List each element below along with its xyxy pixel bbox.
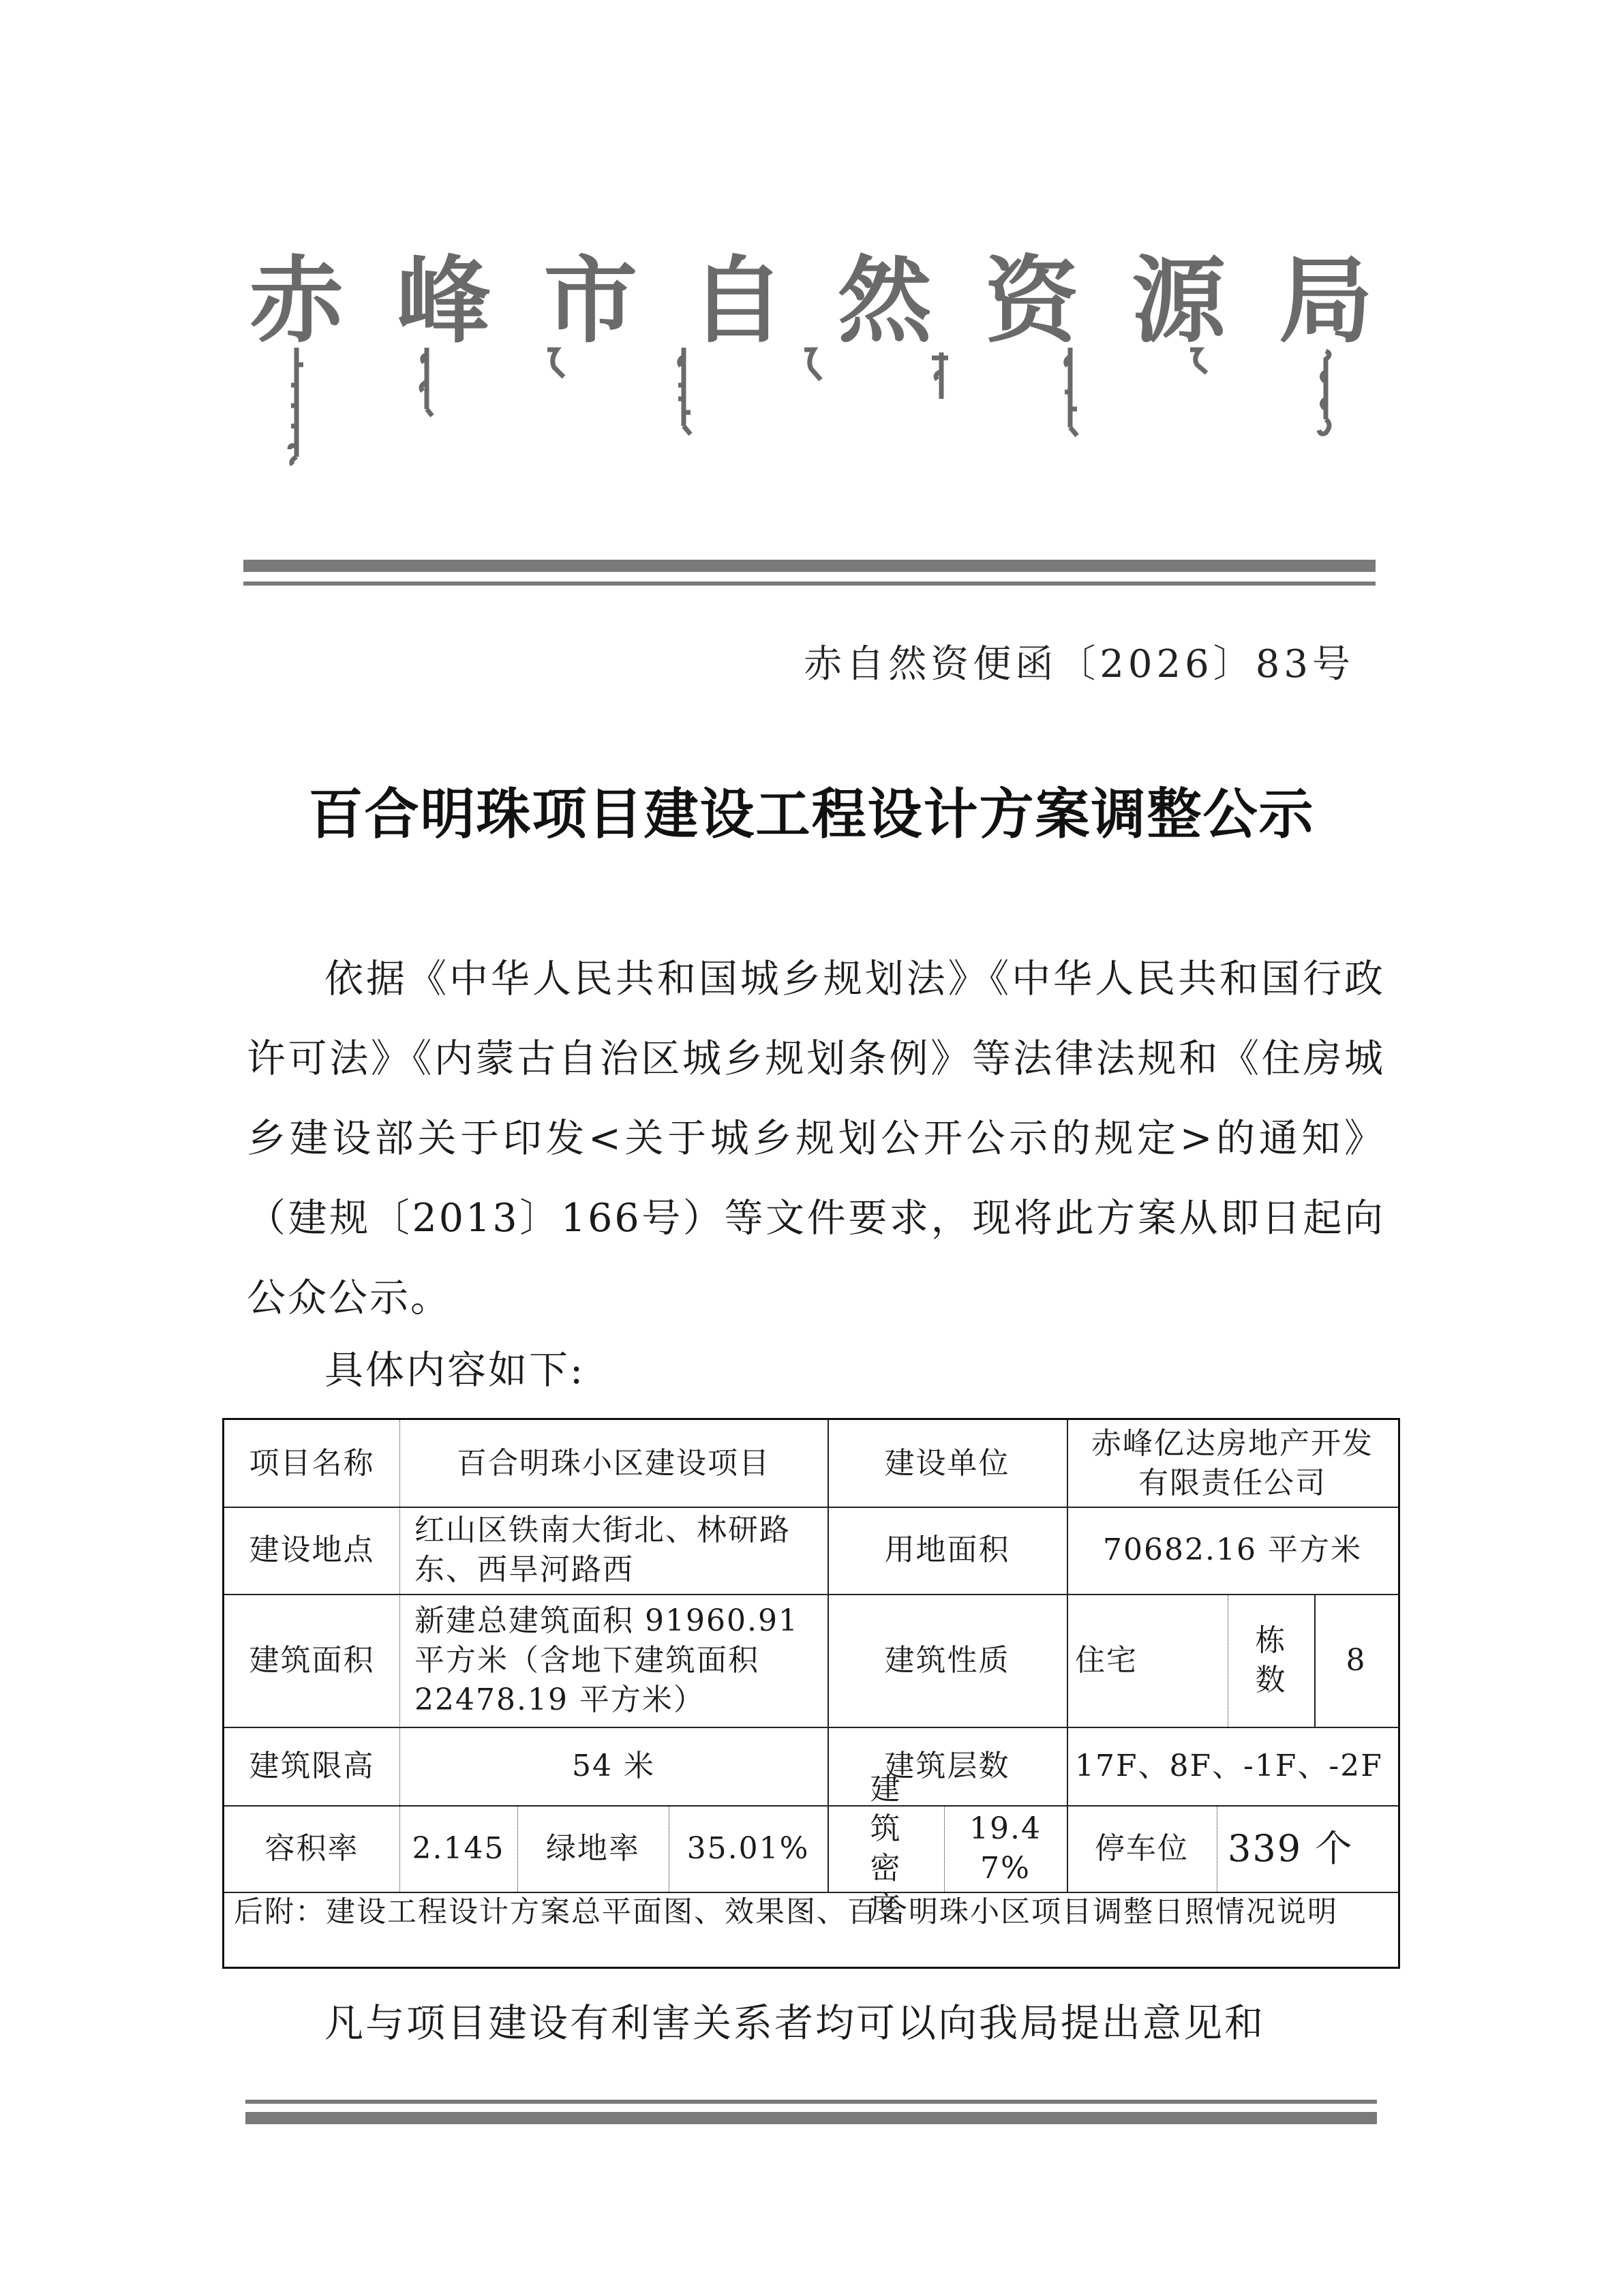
mongolian-word-icon	[1018, 344, 1120, 440]
floor-area-value: 新建总建筑面积 91960.91 平方米（含地下建筑面积 22478.19 平方…	[399, 1594, 828, 1727]
builder-value: 赤峰亿达房地产开发有限责任公司	[1067, 1420, 1398, 1507]
density-label: 建筑密度	[828, 1805, 944, 1892]
footer-rule-thick	[245, 2112, 1377, 2124]
mongolian-word-icon	[760, 344, 862, 392]
masthead-mongolian-script	[245, 344, 1377, 481]
masthead-char: 资	[981, 226, 1083, 361]
building-nature-value: 住宅	[1067, 1594, 1228, 1727]
document-number: 赤自然资便函〔2026〕83号	[804, 634, 1354, 689]
far-label: 容积率	[224, 1805, 399, 1892]
body-paragraph: 依据《中华人民共和国城乡规划法》《中华人民共和国行政许可法》《内蒙古自治区城乡规…	[247, 939, 1385, 1338]
masthead-char: 峰	[393, 226, 495, 361]
mongolian-word-icon	[374, 344, 476, 419]
appendix-note: 后附：建设工程设计方案总平面图、效果图、百合明珠小区项目调整日照情况说明	[224, 1892, 1398, 1967]
parking-value: 339 个	[1217, 1805, 1398, 1892]
green-ratio-label: 绿地率	[517, 1805, 669, 1892]
mongolian-word-icon	[1275, 344, 1377, 440]
project-name-label: 项目名称	[224, 1420, 399, 1507]
density-value: 19.47%	[944, 1805, 1067, 1892]
header-rule-thick	[243, 560, 1376, 572]
mongolian-word-icon	[245, 344, 348, 467]
building-count-label: 栋数	[1228, 1594, 1314, 1727]
footer-rule-thin	[245, 2100, 1377, 2104]
far-value: 2.145	[399, 1805, 517, 1892]
closing-line: 凡与项目建设有利害关系者均可以向我局提出意见和	[324, 1992, 1265, 2048]
height-limit-value: 54 米	[399, 1727, 828, 1805]
builder-label: 建设单位	[828, 1420, 1067, 1507]
masthead-char: 局	[1275, 226, 1377, 361]
green-ratio-value: 35.01%	[669, 1805, 828, 1892]
masthead-char: 自	[686, 226, 789, 361]
mongolian-word-icon	[631, 344, 733, 440]
location-label: 建设地点	[224, 1507, 399, 1594]
mongolian-word-icon	[503, 344, 605, 385]
masthead-char: 源	[1127, 226, 1230, 361]
masthead-char: 赤	[245, 226, 348, 361]
floors-value: 17F、8F、-1F、-2F	[1067, 1727, 1398, 1805]
mongolian-word-icon	[889, 344, 991, 406]
document-title: 百合明珠项目建设工程设计方案调整公示	[0, 770, 1623, 849]
project-name-value: 百合明珠小区建设项目	[399, 1420, 828, 1507]
mongolian-word-icon	[1146, 344, 1248, 385]
land-area-label: 用地面积	[828, 1507, 1067, 1594]
land-area-value: 70682.16 平方米	[1067, 1507, 1398, 1594]
parking-label: 停车位	[1067, 1805, 1217, 1892]
header-rule-thin	[243, 581, 1376, 586]
masthead-char: 然	[834, 226, 936, 361]
content-intro: 具体内容如下:	[324, 1339, 585, 1395]
project-info-table: 项目名称 百合明珠小区建设项目 建设单位 赤峰亿达房地产开发有限责任公司 建设地…	[222, 1418, 1400, 1969]
masthead-char: 市	[539, 226, 641, 361]
building-nature-label: 建筑性质	[828, 1594, 1067, 1727]
floor-area-label: 建筑面积	[224, 1594, 399, 1727]
building-count-value: 8	[1314, 1594, 1398, 1727]
masthead-org-name: 赤 峰 市 自 然 资 源 局	[245, 242, 1377, 344]
height-limit-label: 建筑限高	[224, 1727, 399, 1805]
location-value: 红山区铁南大街北、林研路东、西旱河路西	[399, 1507, 828, 1594]
